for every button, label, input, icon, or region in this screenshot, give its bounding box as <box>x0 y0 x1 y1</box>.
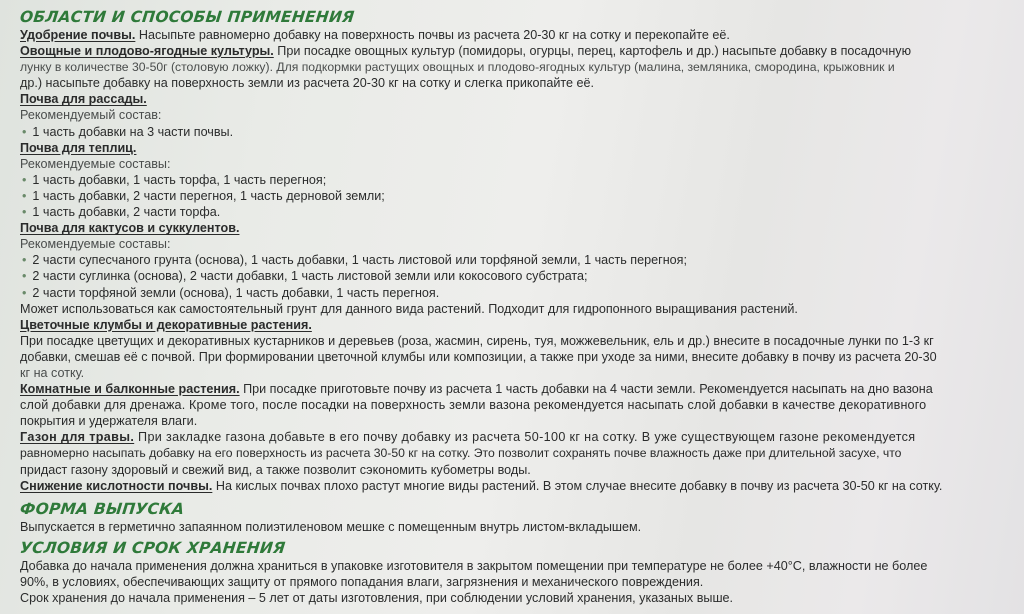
flowerbeds-text-line: При посадке цветущих и декоративных куст… <box>20 333 1020 349</box>
soil-fertilization-paragraph: Удобрение почвы. Насыпьте равномерно доб… <box>20 27 1020 43</box>
lawn-heading: Газон для травы. <box>20 430 134 444</box>
indoor-text-line: покрытия и удержателя влаги. <box>20 413 1020 429</box>
greenhouse-label: Рекомендуемые составы: <box>20 156 1020 172</box>
spacer <box>20 494 1020 500</box>
cacti-heading: Почва для кактусов и суккулентов. <box>20 220 239 236</box>
flowerbeds-heading: Цветочные клумбы и декоративные растения… <box>20 317 312 333</box>
vegetables-text-line: лунку в количестве 30-50г (столовую ложк… <box>20 59 1020 75</box>
vegetables-text-line: др.) насыпьте добавку на поверхность зем… <box>20 75 1020 91</box>
lawn-text-line: придаст газону здоровый и свежий вид, а … <box>20 462 1020 478</box>
soil-fertilization-text: Насыпьте равномерно добавку на поверхнос… <box>135 28 730 42</box>
cacti-item: 2 части супесчаного грунта (основа), 1 ч… <box>20 252 1020 268</box>
storage-text-line: Срок хранения до начала применения – 5 л… <box>20 590 1020 606</box>
storage-text-line: 90%, в условиях, обеспечивающих защиту о… <box>20 574 1020 590</box>
lawn-paragraph: Газон для травы. При закладке газона доб… <box>20 429 1020 445</box>
acidity-paragraph: Снижение кислотности почвы. На кислых по… <box>20 478 1020 494</box>
indoor-text-line: слой добавки для дренажа. Кроме того, по… <box>20 397 1020 413</box>
release-form-text: Выпускается в герметично запаянном полиэ… <box>20 519 1020 535</box>
greenhouse-heading: Почва для теплиц. <box>20 140 136 156</box>
greenhouse-item: 1 часть добавки, 1 часть торфа, 1 часть … <box>20 172 1020 188</box>
seedlings-label: Рекомендуемый состав: <box>20 107 1020 123</box>
soil-fertilization-heading: Удобрение почвы. <box>20 28 135 42</box>
acidity-text: На кислых почвах плохо растут многие вид… <box>212 479 942 493</box>
instruction-sheet: ОБЛАСТИ И СПОСОБЫ ПРИМЕНЕНИЯ Удобрение п… <box>20 8 1020 606</box>
flowerbeds-text-line: кг на сотку. <box>20 365 1020 381</box>
flowerbeds-text-line: добавки, смешав её с почвой. При формиро… <box>20 349 1020 365</box>
cacti-item: 2 части торфяной земли (основа), 1 часть… <box>20 285 1020 301</box>
greenhouse-item: 1 часть добавки, 2 части перегноя, 1 час… <box>20 188 1020 204</box>
storage-text-line: Добавка до начала применения должна хран… <box>20 558 1020 574</box>
vegetables-text-line: При посадке овощных культур (помидоры, о… <box>274 44 911 58</box>
seedlings-item: 1 часть добавки на 3 части почвы. <box>20 124 1020 140</box>
indoor-text-line: При посадке приготовьте почву из расчета… <box>240 382 933 396</box>
indoor-heading: Комнатные и балконные растения. <box>20 382 240 396</box>
indoor-paragraph: Комнатные и балконные растения. При поса… <box>20 381 1020 397</box>
acidity-heading: Снижение кислотности почвы. <box>20 479 212 493</box>
usage-section-title: ОБЛАСТИ И СПОСОБЫ ПРИМЕНЕНИЯ <box>19 8 1021 27</box>
release-form-section-title: ФОРМА ВЫПУСКА <box>19 500 1021 519</box>
vegetables-paragraph: Овощные и плодово-ягодные культуры. При … <box>20 43 1020 59</box>
seedlings-heading: Почва для рассады. <box>20 91 147 107</box>
storage-section-title: УСЛОВИЯ И СРОК ХРАНЕНИЯ <box>19 539 1021 558</box>
cacti-label: Рекомендуемые составы: <box>20 236 1020 252</box>
vegetables-heading: Овощные и плодово-ягодные культуры. <box>20 44 274 58</box>
cacti-note: Может использоваться как самостоятельный… <box>20 301 1020 317</box>
cacti-item: 2 части суглинка (основа), 2 части добав… <box>20 268 1020 284</box>
greenhouse-item: 1 часть добавки, 2 части торфа. <box>20 204 1020 220</box>
lawn-text-line: При закладке газона добавьте в его почву… <box>134 430 915 444</box>
lawn-text-line: равномерно насыпать добавку на его повер… <box>20 445 1020 461</box>
